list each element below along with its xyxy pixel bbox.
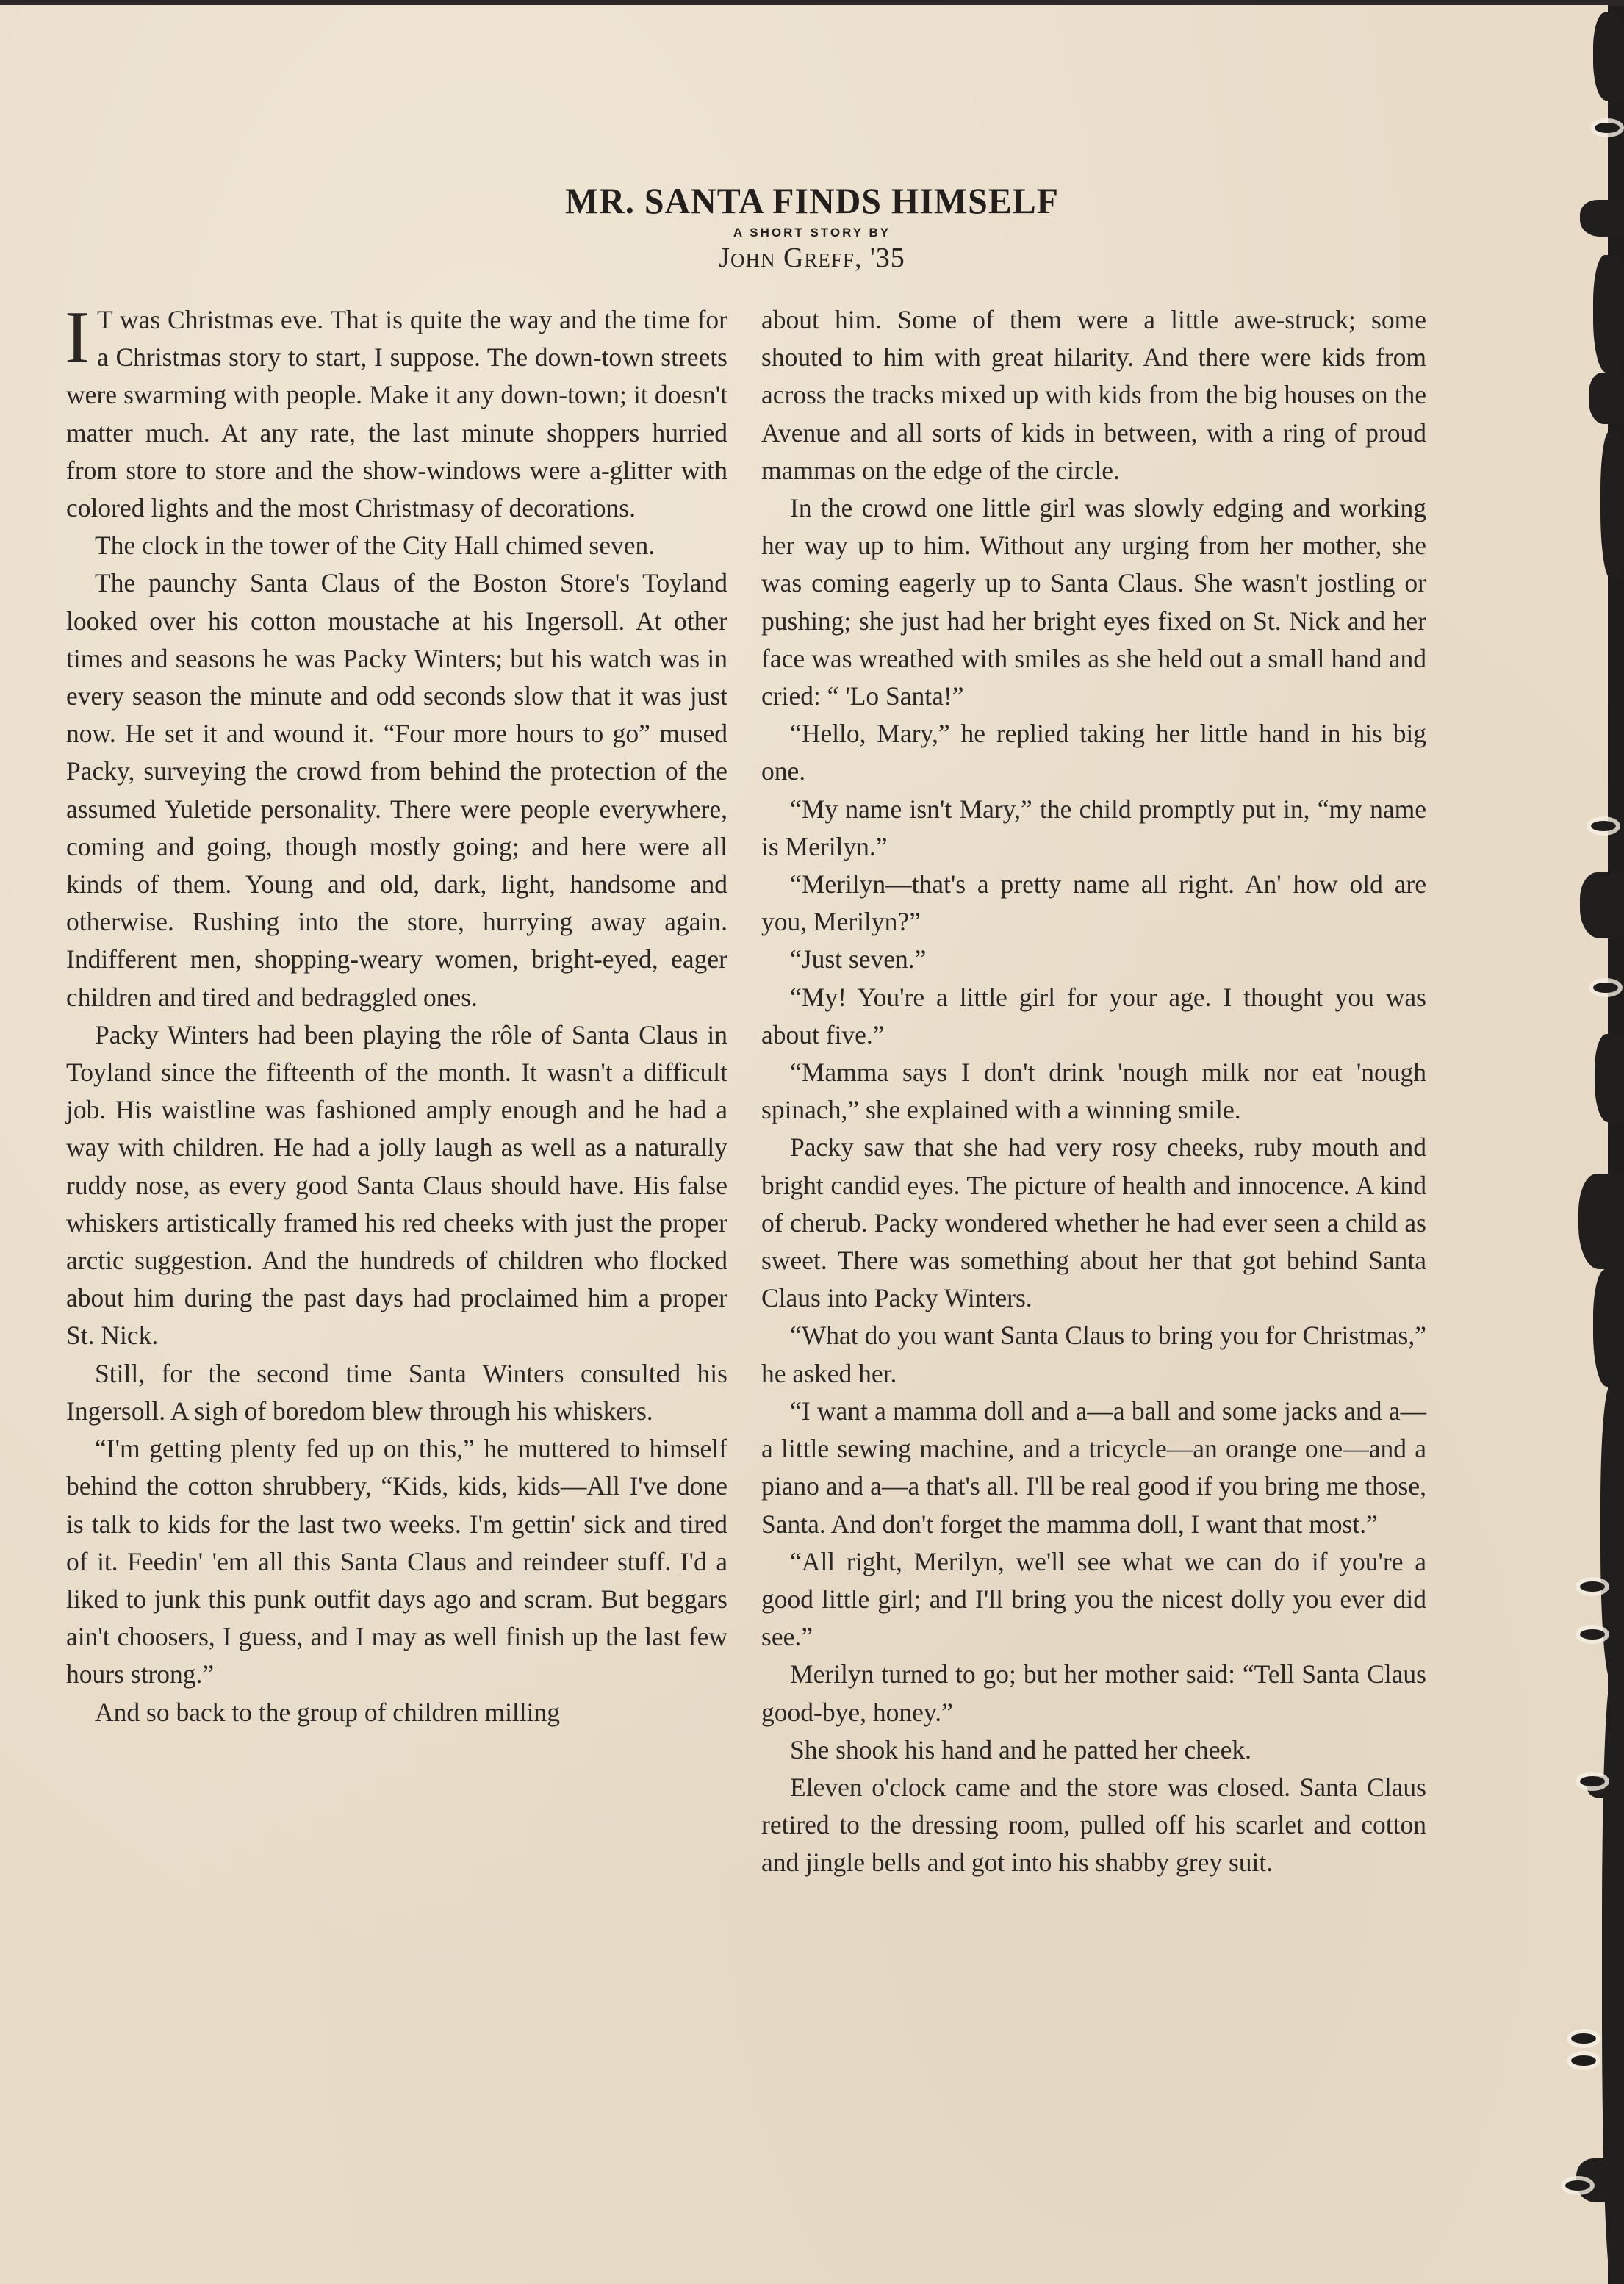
paragraph-continued: about him. Some of them were a little aw… — [761, 301, 1426, 489]
torn-edge — [1593, 1269, 1624, 1387]
paper-nick — [1593, 983, 1618, 993]
paper-nick — [1591, 821, 1616, 831]
paragraph: “Mamma says I don't drink 'nough milk no… — [761, 1054, 1426, 1129]
left-column: IT was Christmas eve. That is quite the … — [66, 301, 727, 1731]
paragraph: “Hello, Mary,” he replied taking her lit… — [761, 715, 1426, 790]
torn-edge — [1580, 872, 1624, 938]
paper-nick — [1571, 2055, 1596, 2066]
paragraph: “Merilyn—that's a pretty name all right.… — [761, 866, 1426, 941]
story-header: MR. SANTA FINDS HIMSELF A SHORT STORY BY… — [0, 180, 1624, 274]
torn-edge — [1600, 431, 1623, 578]
paper-nick — [1580, 1629, 1605, 1640]
story-byline: A SHORT STORY BY — [0, 226, 1624, 240]
paragraph: IT was Christmas eve. That is quite the … — [66, 301, 727, 527]
paragraph: In the crowd one little girl was slowly … — [761, 489, 1426, 715]
paragraph: The clock in the tower of the City Hall … — [66, 527, 727, 564]
paper-nick — [1595, 123, 1620, 133]
paragraph: The paunchy Santa Claus of the Boston St… — [66, 564, 727, 1016]
paragraph: She shook his hand and he patted her che… — [761, 1731, 1426, 1769]
paragraph: “My name isn't Mary,” the child promptly… — [761, 791, 1426, 866]
paper-nick — [1580, 1581, 1605, 1592]
paper-nick — [1565, 2180, 1590, 2191]
torn-edge — [1589, 373, 1623, 424]
paragraph: Packy saw that she had very rosy cheeks,… — [761, 1129, 1426, 1317]
paragraph: “I'm getting plenty fed up on this,” he … — [66, 1430, 727, 1693]
paragraph: Eleven o'clock came and the store was cl… — [761, 1769, 1426, 1882]
torn-edge — [1600, 1387, 1624, 1681]
story-title: MR. SANTA FINDS HIMSELF — [32, 180, 1592, 221]
paragraph: “My! You're a little girl for your age. … — [761, 979, 1426, 1054]
paragraph: “What do you want Santa Claus to bring y… — [761, 1317, 1426, 1392]
paragraph: “I want a mamma doll and a—a ball and so… — [761, 1393, 1426, 1543]
story-author: John Greff, '35 — [0, 242, 1624, 274]
paragraph: Packy Winters had been playing the rôle … — [66, 1016, 727, 1355]
paragraph: And so back to the group of children mil… — [66, 1694, 727, 1731]
torn-edge — [1578, 1174, 1624, 1269]
torn-edge — [1593, 12, 1623, 101]
paragraph: Merilyn turned to go; but her mother sai… — [761, 1656, 1426, 1731]
paragraph: Still, for the second time Santa Winters… — [66, 1355, 727, 1430]
drop-cap: I — [65, 306, 90, 370]
torn-edge — [1595, 1034, 1624, 1122]
paragraph: “Just seven.” — [761, 941, 1426, 978]
paper-nick — [1580, 1776, 1605, 1786]
paper-nick — [1571, 2033, 1596, 2044]
right-column: about him. Some of them were a little aw… — [761, 301, 1426, 1882]
paragraph: “All right, Merilyn, we'll see what we c… — [761, 1543, 1426, 1656]
